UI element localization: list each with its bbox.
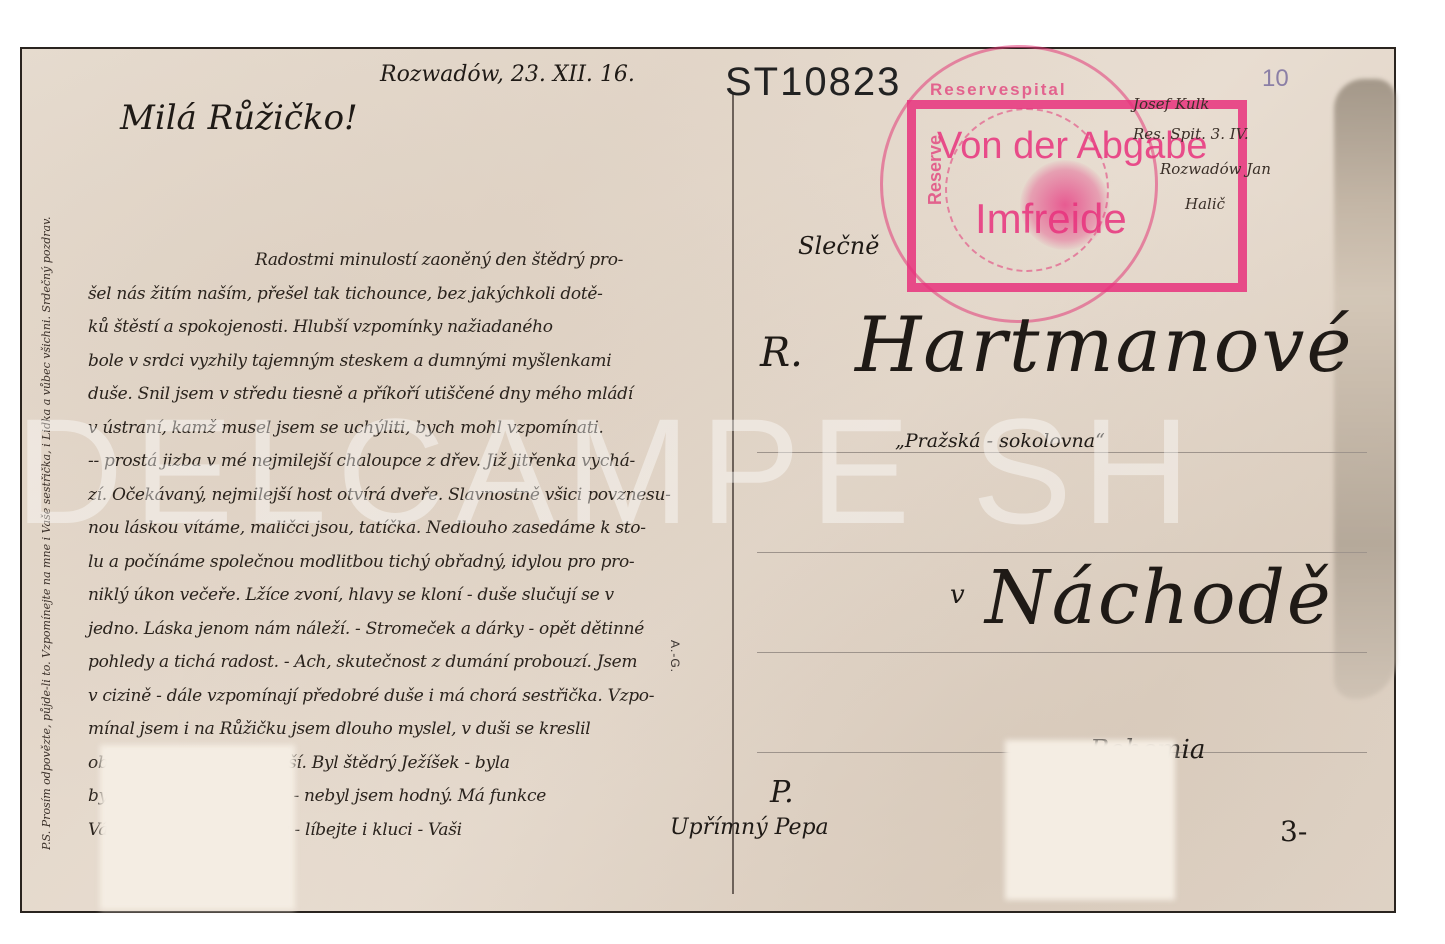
redaction-patch	[1005, 740, 1175, 900]
address-line	[757, 652, 1367, 653]
greeting: Milá Růžičko!	[120, 98, 358, 138]
message-line: jedno. Láska jenom nám náleží. - Stromeč…	[88, 619, 644, 639]
recipient-initial: R.	[760, 330, 803, 376]
signature-initial: P.	[770, 775, 794, 810]
date: Rozwadów, 23. XII. 16.	[380, 62, 635, 87]
postmark-ring-text: Reservespital	[930, 80, 1067, 100]
closing: Upřímný Pepa	[670, 815, 829, 840]
message-line: mínal jsem i na Růžičku jsem dlouho mysl…	[88, 719, 590, 739]
message-line: pohledy a tichá radost. - Ach, skutečnos…	[88, 652, 637, 672]
message-line: niklý úkon večeře. Lžíce zvoní, hlavy se…	[88, 585, 614, 605]
message-line: bole v srdci vyzhily tajemným steskem a …	[88, 351, 611, 371]
sender-line: Rozwadów Jan	[1160, 160, 1271, 178]
printer-mark: A.-G.	[668, 640, 682, 673]
sender-line: Res. Spit. 3. IV.	[1133, 125, 1249, 143]
redaction-patch	[100, 745, 295, 910]
message-line: Radostmi minulostí zaoněný den štědrý pr…	[255, 250, 623, 270]
pencil-number: 10	[1262, 65, 1289, 93]
inventory-code: ST10823	[725, 60, 901, 105]
sender-line: Josef Kulk	[1133, 95, 1209, 113]
price-mark: 3-	[1280, 815, 1307, 848]
message-line: ků štěstí a spokojenosti. Hlubší vzpomín…	[88, 317, 553, 337]
recipient-city: Náchodě	[985, 555, 1333, 641]
censor-stamp-line2: Imfreide	[975, 195, 1127, 243]
watermark: DELCAMPE SH	[15, 385, 1445, 558]
message-line: šel nás žitím naším, přešel tak tichounc…	[88, 284, 603, 304]
sender-line: Halič	[1185, 195, 1225, 213]
message-line: v cizině - dále vzpomínají předobré duše…	[88, 686, 654, 706]
recipient-preposition: v	[950, 580, 965, 610]
recipient-salutation: Slečně	[798, 232, 879, 260]
recipient-surname: Hartmanové	[855, 300, 1353, 389]
